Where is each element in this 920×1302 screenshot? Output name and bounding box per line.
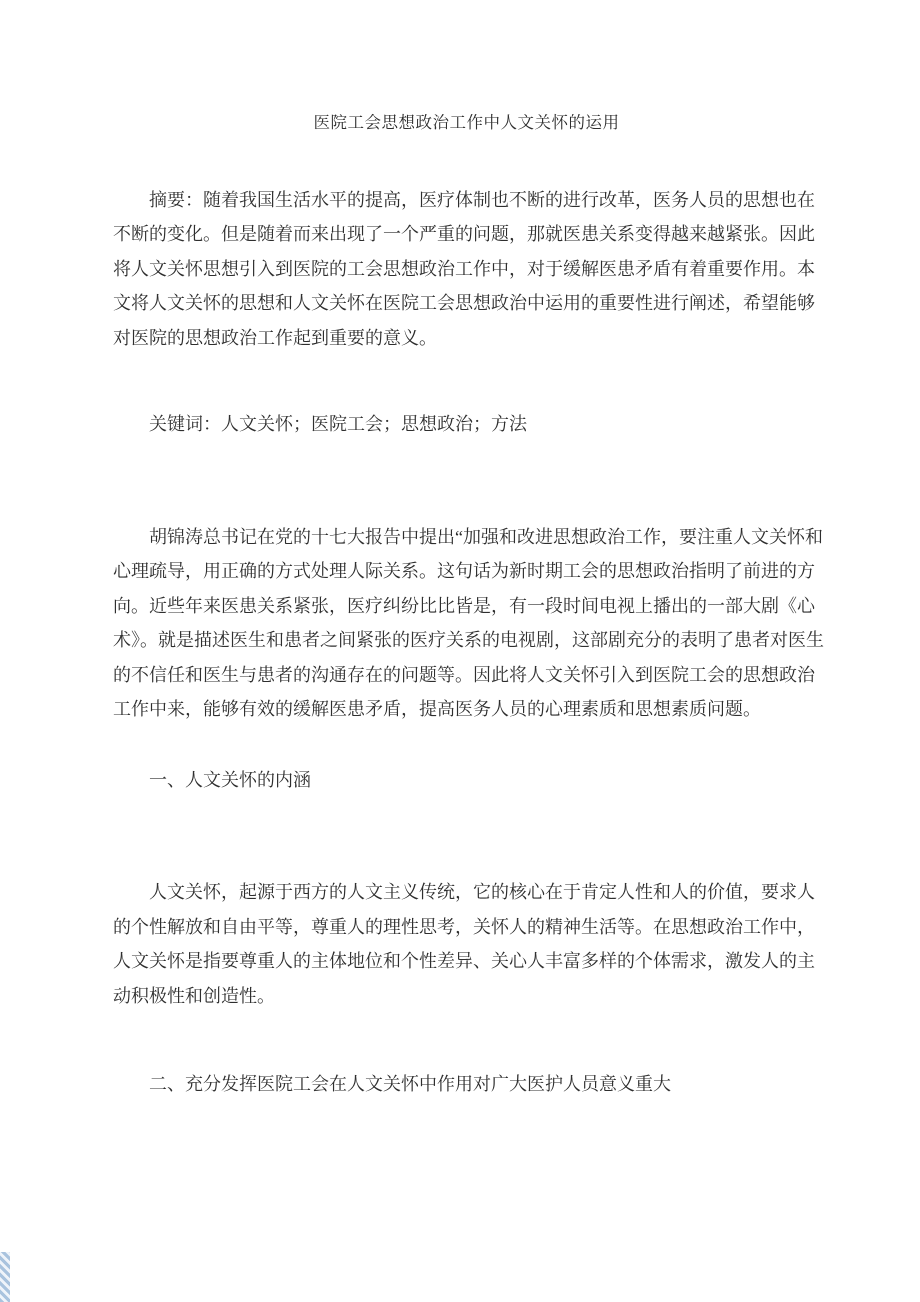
section-2-heading: 二、充分发挥医院工会在人文关怀中作用对广大医护人员意义重大 (113, 1067, 820, 1102)
keywords-line: 关键词：人文关怀；医院工会；思想政治；方法 (113, 407, 820, 442)
document-page: 医院工会思想政治工作中人文关怀的运用 摘要：随着我国生活水平的提高，医疗体制也不… (0, 0, 920, 1302)
page-corner-stripe-marker (0, 1252, 10, 1302)
intro-paragraph: 胡锦涛总书记在党的十七大报告中提出“加强和改进思想政治工作，要注重人文关怀和 心… (113, 520, 820, 727)
section-1-heading: 一、人文关怀的内涵 (113, 763, 820, 798)
text-column: 医院工会思想政治工作中人文关怀的运用 摘要：随着我国生活水平的提高，医疗体制也不… (113, 0, 820, 1102)
section-1-paragraph: 人文关怀，起源于西方的人文主义传统，它的核心在于肯定人性和人的价值，要求人 的个… (113, 875, 820, 1013)
abstract-paragraph: 摘要：随着我国生活水平的提高，医疗体制也不断的进行改革，医务人员的思想也在 不断… (113, 183, 820, 356)
document-title: 医院工会思想政治工作中人文关怀的运用 (113, 106, 820, 141)
